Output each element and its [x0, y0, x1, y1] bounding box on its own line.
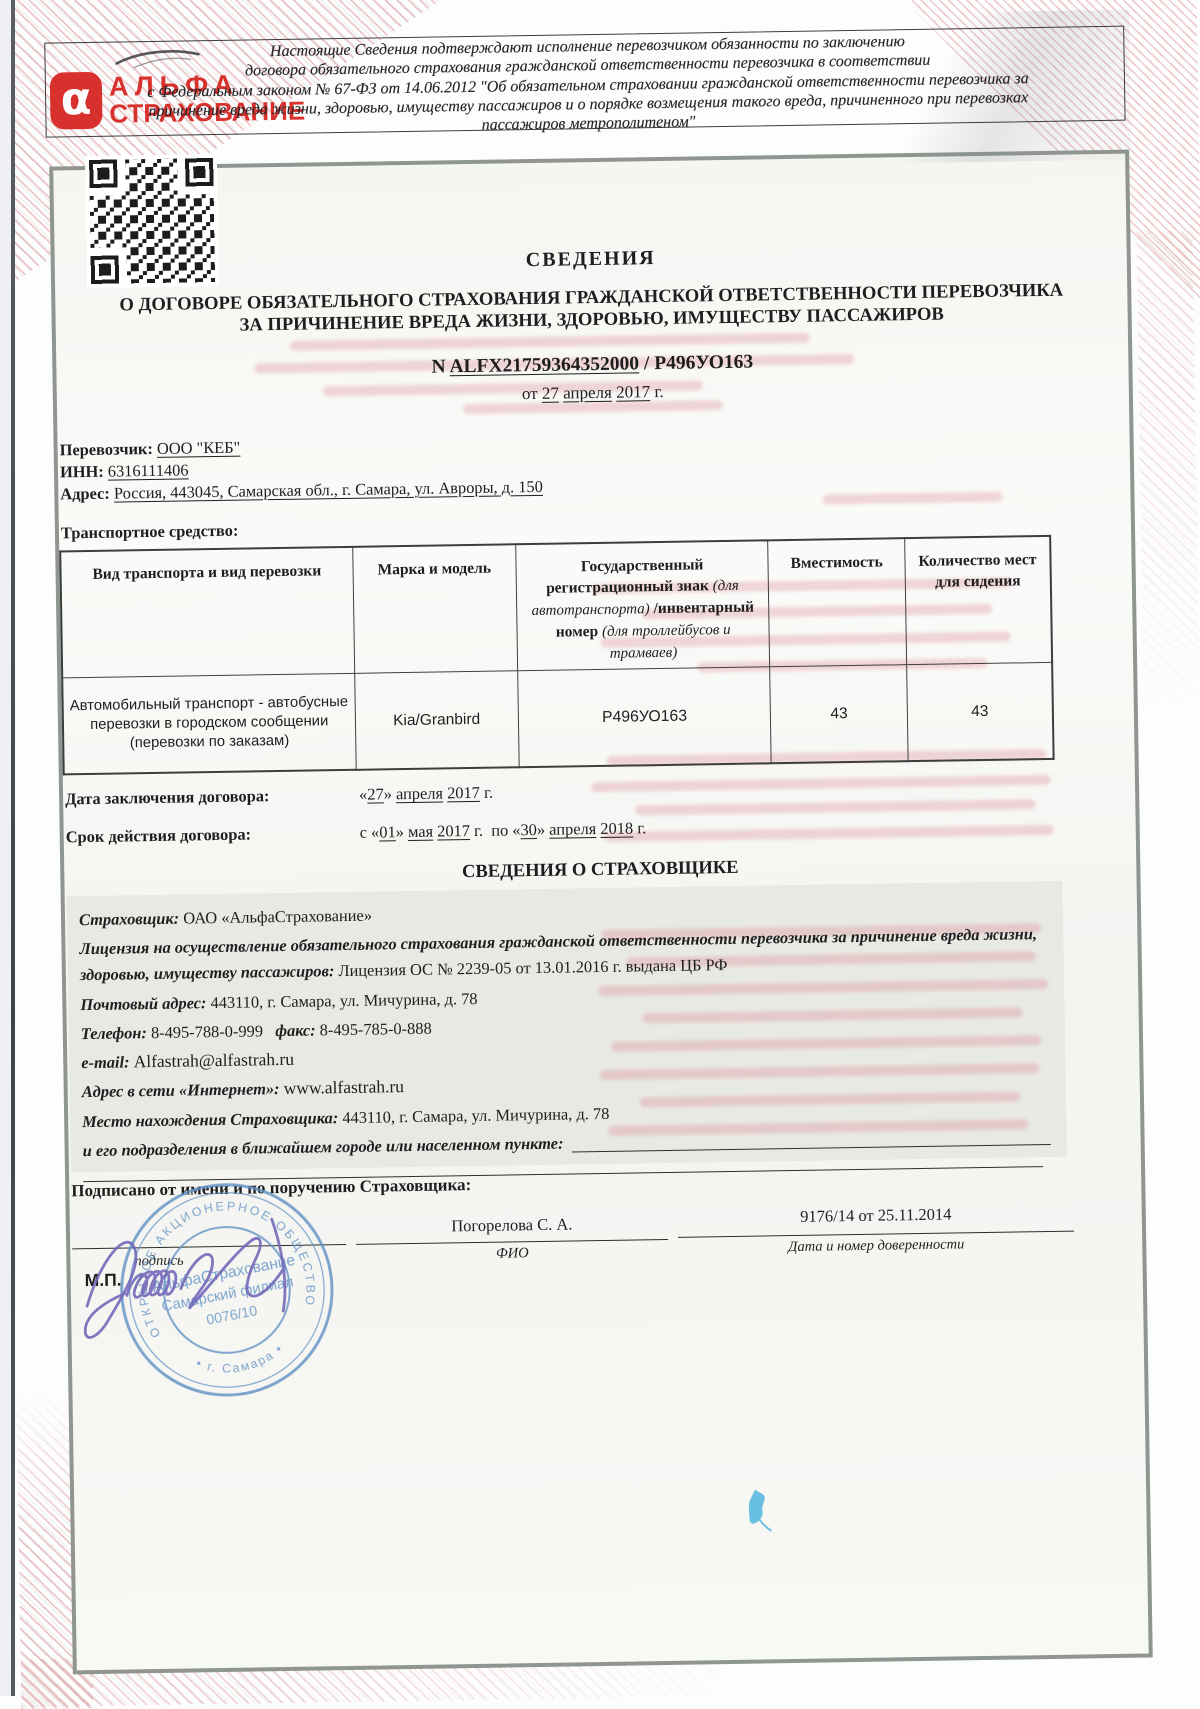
carrier-value: ООО "КЕБ": [157, 438, 241, 458]
document-number-prefix: N: [431, 356, 445, 377]
insurer-name-value: ОАО «АльфаСтрахование»: [183, 906, 372, 928]
term-start-day: 01: [379, 822, 396, 841]
date-year: 2017: [616, 382, 650, 402]
pen-stroke-mark: [112, 46, 204, 71]
col-registration-main: Государственный регистрационный знак: [546, 556, 709, 596]
fax-value: 8-495-785-0-888: [320, 1018, 432, 1039]
vehicle-plate-in-number: Р496УО163: [654, 352, 753, 375]
vehicle-table-row: Автомобильный транспорт - автобусные пер…: [62, 662, 1053, 774]
term-end-day: 30: [520, 820, 537, 839]
col-transport-type: Вид транспорта и вид перевозки: [60, 547, 354, 678]
ink-mark: [743, 1485, 774, 1531]
insurer-name-label: Страховщик:: [79, 909, 179, 930]
term-start-year: 2017: [437, 821, 470, 841]
license-value: Лицензия ОС № 2239-05 от 13.01.2016 г. в…: [338, 955, 727, 980]
handwritten-signature: [63, 1182, 365, 1347]
branch-blank-line: [571, 1123, 1050, 1152]
document-number-separator: /: [644, 353, 650, 374]
document-number-value: ALFX21759364352000: [449, 353, 639, 377]
vehicle-table-header-row: Вид транспорта и вид перевозки Марка и м…: [60, 536, 1052, 678]
address-label: Адрес:: [60, 483, 110, 503]
date-suffix: г.: [654, 382, 664, 401]
web-label: Адрес в сети «Интернет»:: [82, 1079, 280, 1101]
quote: »: [384, 784, 393, 803]
fax-label: факс:: [275, 1020, 316, 1040]
cell-transport-type: Автомобильный транспорт - автобусные пер…: [62, 673, 356, 774]
term-start-month: мая: [408, 822, 433, 841]
quote: »: [396, 822, 405, 841]
cell-make-model: Kia/Granbird: [354, 671, 519, 770]
col-registration-note2: (для троллейбусов и трамваев): [602, 622, 731, 662]
location-value: 443110, г. Самара, ул. Мичурина, д. 78: [342, 1104, 609, 1127]
date-month: апреля: [563, 383, 612, 403]
quote: «: [512, 820, 521, 839]
vehicle-section-label: Транспортное средство:: [61, 520, 239, 545]
col-capacity: Вместимость: [768, 538, 907, 667]
branch-label: и его подразделения в ближайшем городе и…: [82, 1131, 563, 1164]
quote: »: [537, 820, 546, 839]
location-label: Место нахождения Страховщика:: [82, 1108, 338, 1131]
term-end-month: апреля: [549, 819, 596, 839]
carrier-label: Перевозчик:: [60, 439, 153, 459]
year-abbr: г.: [637, 818, 646, 837]
conclusion-day: 27: [367, 784, 384, 803]
postal-label: Почтовый адрес:: [80, 993, 206, 1014]
col-make-model: Марка и модель: [352, 544, 517, 673]
email-label: e-mail:: [81, 1053, 130, 1073]
postal-value: 443110, г. Самара, ул. Мичурина, д. 78: [210, 988, 477, 1011]
year-abbr: г.: [484, 783, 493, 802]
guilloche-pattern-right: [1136, 231, 1200, 732]
term-label: Срок действия договора:: [66, 823, 252, 848]
phone-label: Телефон:: [81, 1023, 147, 1043]
stamp-city-text: • г. Самара •: [192, 1340, 289, 1383]
quote: «: [371, 822, 380, 841]
header-legal-note: Настоящие Сведения подтверждают исполнен…: [57, 29, 1118, 142]
svg-text:• г. Самара •: • г. Самара •: [192, 1340, 289, 1383]
cell-seats: 43: [907, 662, 1054, 760]
conclusion-year: 2017: [447, 783, 480, 803]
date-prefix: от: [522, 384, 538, 403]
insurer-details: Страховщик: ОАО «АльфаСтрахование» Лицен…: [67, 881, 1067, 1173]
cell-capacity: 43: [770, 665, 908, 763]
year-abbr: г.: [474, 821, 483, 840]
prep-from: с: [360, 823, 368, 842]
cell-plate: Р496УО163: [518, 667, 772, 767]
phone-value: 8-495-788-0-999: [151, 1021, 263, 1042]
inn-label: ИНН:: [60, 462, 104, 482]
email-value: Alfastrah@alfastrah.ru: [133, 1049, 294, 1072]
prep-to: по: [491, 820, 508, 839]
col-seats: Количество мест для сидения: [905, 536, 1053, 665]
term-value: с «01» мая 2017 г. по «30» апреля 2018 г…: [360, 817, 647, 843]
scan-edge-line: [11, 0, 15, 1696]
date-day: 27: [542, 384, 559, 403]
inn-value: 6316111406: [108, 460, 189, 480]
qr-code: [85, 154, 219, 288]
vehicle-table: Вид транспорта и вид перевозки Марка и м…: [59, 535, 1054, 775]
conclusion-date-value: «27» апреля 2017 г.: [359, 782, 493, 806]
conclusion-month: апреля: [396, 783, 443, 803]
document: α АЛЬФА СТРАХОВАНИЕ Настоящие Сведения п…: [0, 0, 1200, 1696]
conclusion-date-label: Дата заключения договора:: [65, 785, 270, 810]
web-value: www.alfastrah.ru: [283, 1077, 404, 1099]
scanner-edge-strip: [0, 0, 11, 1696]
col-registration: Государственный регистрационный знак (дл…: [516, 540, 770, 670]
term-end-year: 2018: [600, 818, 633, 838]
